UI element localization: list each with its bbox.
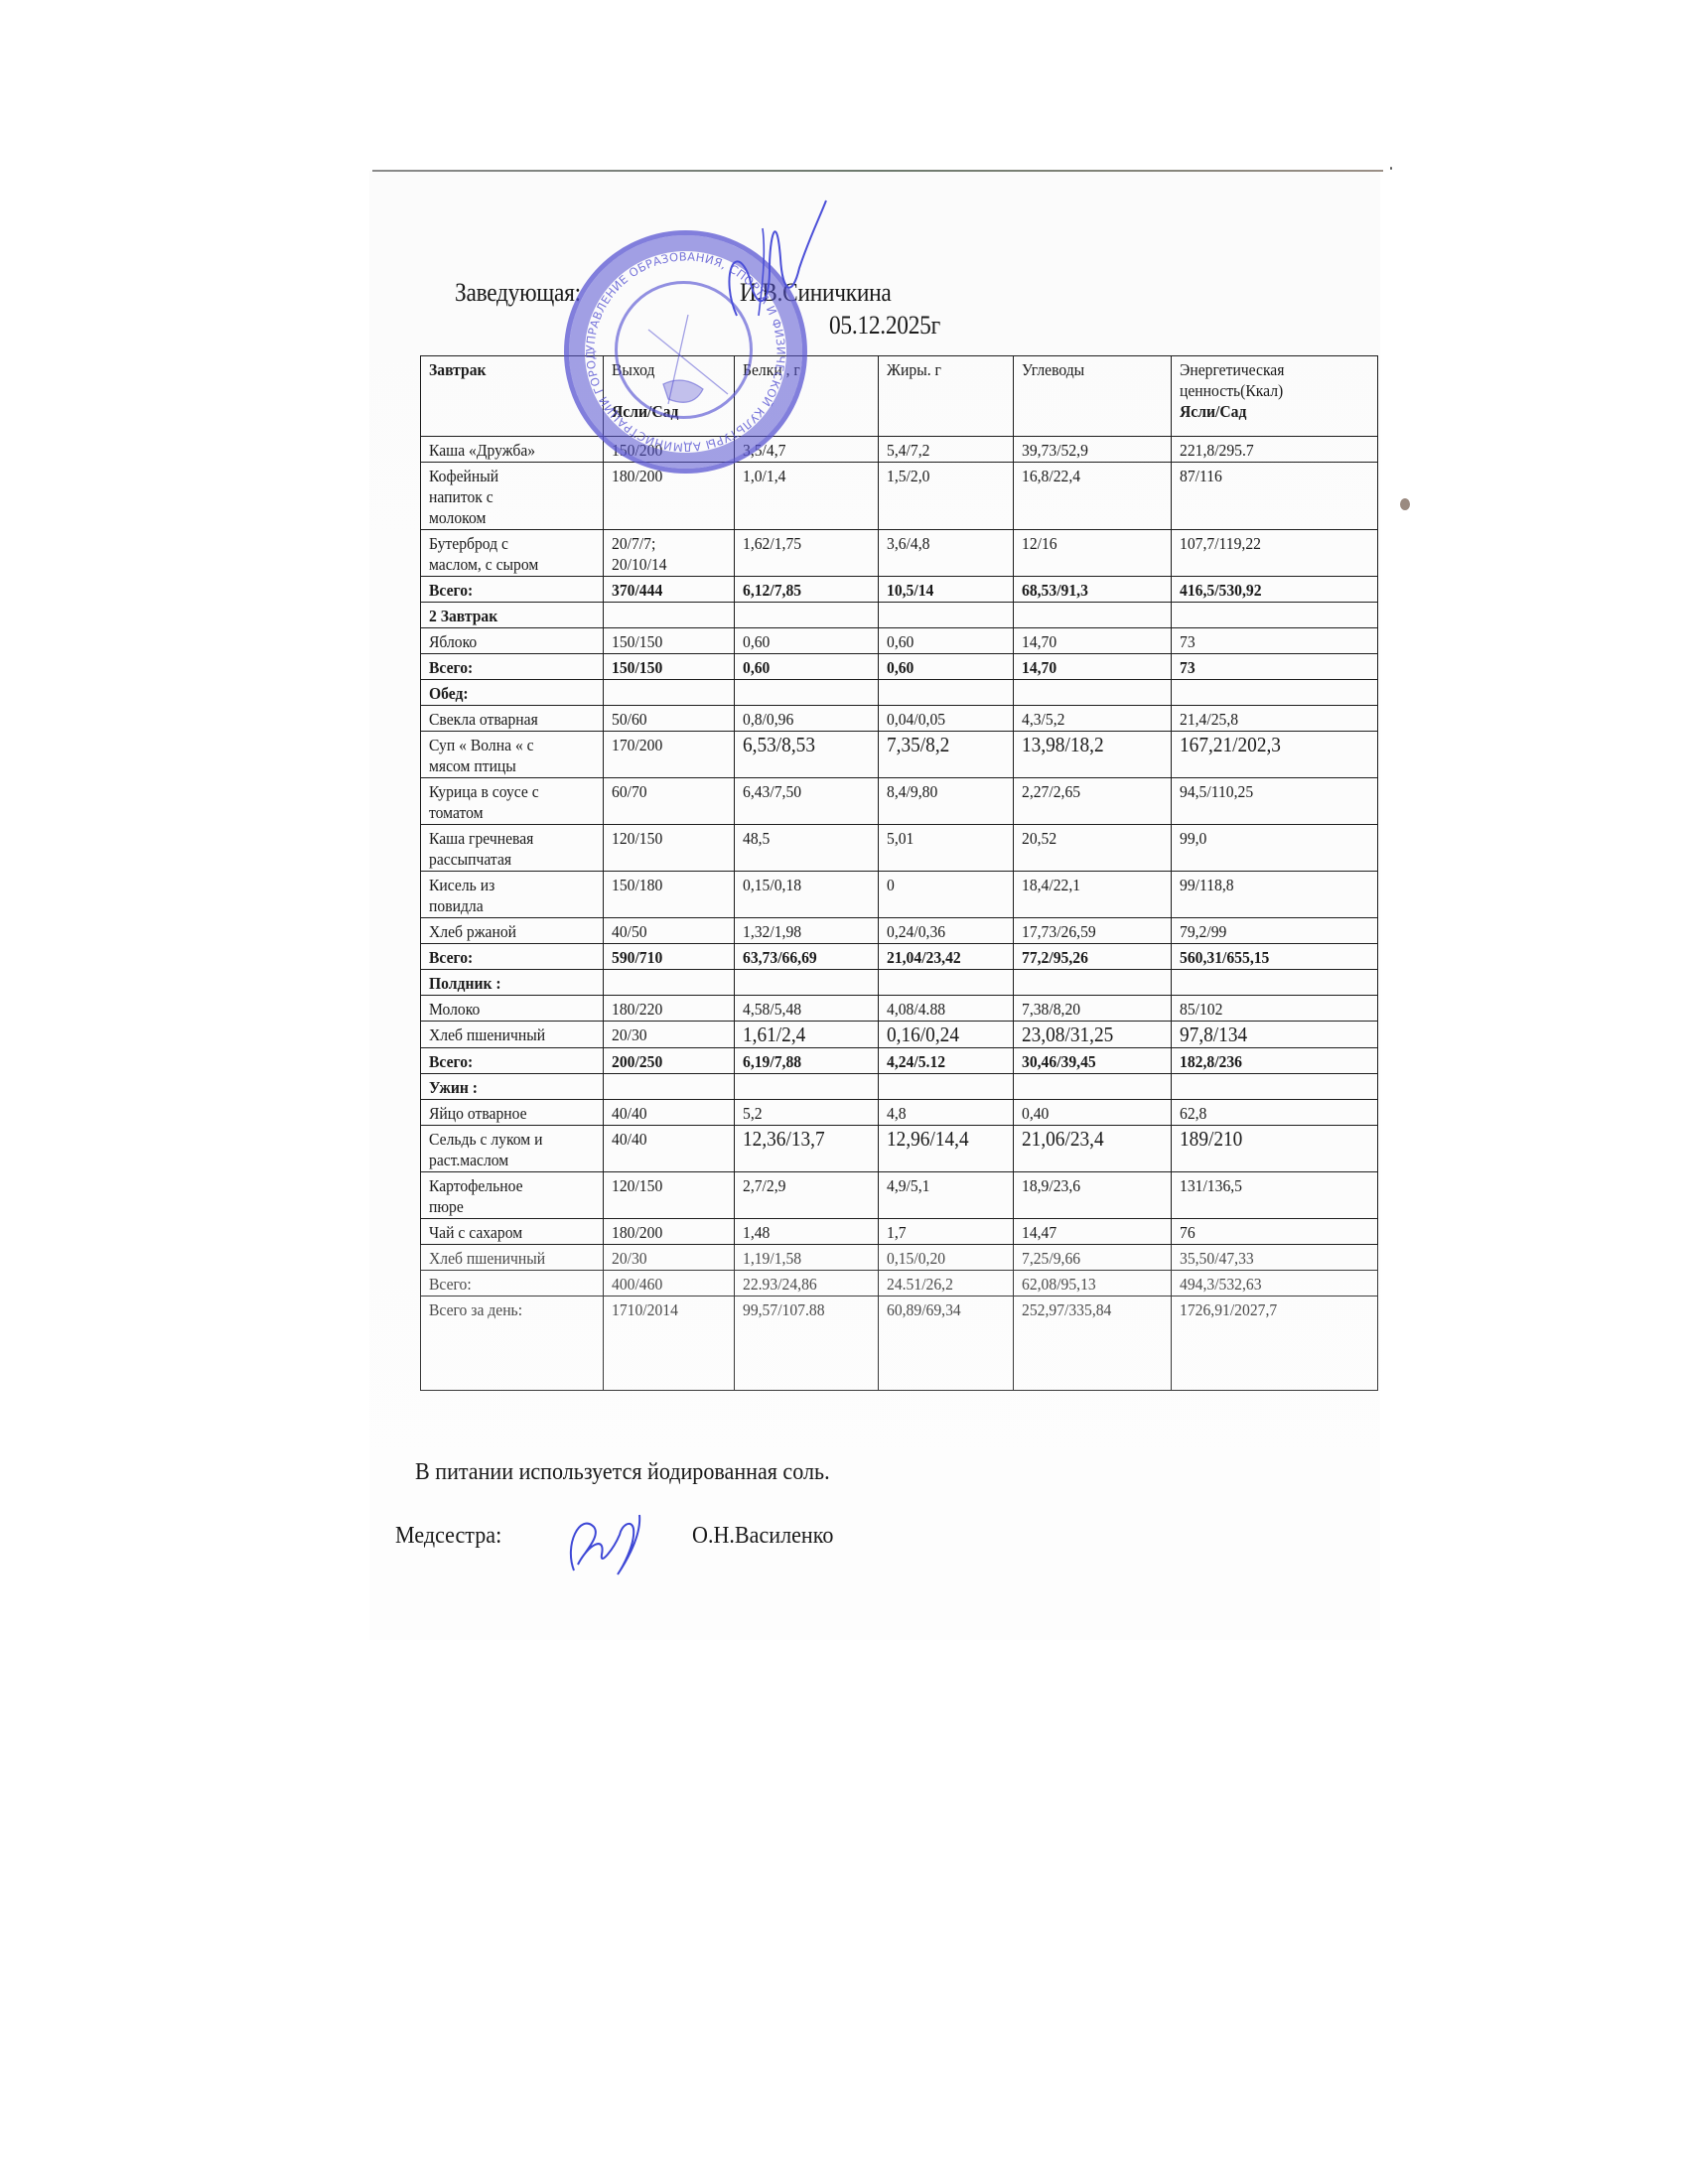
value-cell: 0,24/0,36 [878,918,1013,944]
value-cell: 20,52 [1013,825,1171,872]
cell-text: 97,8/134 [1180,1024,1247,1045]
total-row: Всего:370/4446,12/7,8510,5/1468,53/91,34… [421,577,1378,603]
cell-text: 60,89/69,34 [887,1299,961,1320]
cell-text: 7,35/8,2 [887,735,949,755]
cell-text: 5,01 [887,828,914,849]
value-cell: 24.51/26,2 [878,1271,1013,1297]
nutrition-table: Завтрак ВыходЯсли/Сад Белки , г Жиры. г … [420,355,1378,1391]
column-header-meal: Завтрак [421,356,604,437]
dish-name-cell: Кофейный напиток с молоком [421,463,604,530]
cell-text: Суп « Волна « с мясом птицы [429,735,534,776]
cell-text: 0 [887,875,895,895]
value-cell [604,603,735,628]
cell-text: 0,40 [1022,1103,1049,1124]
cell-text: 6,53/8,53 [743,735,815,755]
dish-name-cell: Всего: [421,1048,604,1074]
value-cell: 16,8/22,4 [1013,463,1171,530]
cell-text: Всего за день: [429,1299,522,1320]
cell-text: 150/150 [612,631,662,652]
table-row: Кофейный напиток с молоком180/2001,0/1,4… [421,463,1378,530]
value-cell: 4,08/4.88 [878,996,1013,1022]
value-cell: 48,5 [734,825,878,872]
dish-name-cell: Всего: [421,1271,604,1297]
section-row: 2 Завтрак [421,603,1378,628]
table-row: Картофельное пюре120/1502,7/2,94,9/5,118… [421,1172,1378,1219]
table-row: Хлеб ржаной40/501,32/1,980,24/0,3617,73/… [421,918,1378,944]
column-header-energy: Энергетическая ценность(Ккал)Ясли/Сад [1171,356,1377,437]
cell-text: 20,52 [1022,828,1056,849]
value-cell: 21,06/23,4 [1013,1126,1171,1172]
value-cell [734,970,878,996]
value-cell: 99/118,8 [1171,872,1377,918]
value-cell: 17,73/26,59 [1013,918,1171,944]
value-cell: 107,7/119,22 [1171,530,1377,577]
cell-text: 189/210 [1180,1129,1242,1150]
value-cell: 416,5/530,92 [1171,577,1377,603]
table-row: Каша гречневая рассыпчатая120/15048,55,0… [421,825,1378,872]
cell-text: 73 [1180,657,1196,678]
cell-text: 99,0 [1180,828,1206,849]
value-cell: 40/40 [604,1126,735,1172]
scan-speck [1400,498,1410,510]
value-cell: 85/102 [1171,996,1377,1022]
value-cell: 0,40 [1013,1100,1171,1126]
value-cell: 8,4/9,80 [878,778,1013,825]
dish-name-cell: Хлеб пшеничный [421,1245,604,1271]
cell-text: Всего: [429,657,473,678]
value-cell: 4,8 [878,1100,1013,1126]
value-cell: 167,21/202,3 [1171,732,1377,778]
cell-text: 150/150 [612,657,662,678]
cell-text: 14,70 [1022,631,1056,652]
value-cell: 2,7/2,9 [734,1172,878,1219]
cell-text: Яблоко [429,631,477,652]
value-cell: 0,16/0,24 [878,1022,1013,1048]
value-cell: 150/150 [604,628,735,654]
value-cell: 1,5/2,0 [878,463,1013,530]
value-cell: 10,5/14 [878,577,1013,603]
cell-text: 13,98/18,2 [1022,735,1104,755]
table-row: Молоко180/2204,58/5,484,08/4.887,38/8,20… [421,996,1378,1022]
value-cell: 120/150 [604,1172,735,1219]
value-cell [878,603,1013,628]
value-cell: 200/250 [604,1048,735,1074]
cell-text: 12/16 [1022,533,1057,554]
cell-text: 180/200 [612,466,662,486]
value-cell: 40/50 [604,918,735,944]
cell-text: 7,38/8,20 [1022,999,1080,1020]
value-cell [604,970,735,996]
value-cell: 1710/2014 [604,1297,735,1391]
dish-name-cell: Всего: [421,577,604,603]
value-cell: 2,27/2,65 [1013,778,1171,825]
cell-text: Всего: [429,1051,473,1072]
value-cell [1171,680,1377,706]
value-cell: 20/7/7; 20/10/14 [604,530,735,577]
cell-text: 200/250 [612,1051,662,1072]
cell-text: 17,73/26,59 [1022,921,1096,942]
cell-text: 182,8/236 [1180,1051,1242,1072]
value-cell: 150/180 [604,872,735,918]
value-cell: 62,8 [1171,1100,1377,1126]
value-cell: 221,8/295.7 [1171,437,1377,463]
cell-text: 18,9/23,6 [1022,1175,1080,1196]
value-cell [1171,970,1377,996]
cell-text: Бутерброд с маслом, с сыром [429,533,538,575]
column-header-protein: Белки , г [734,356,878,437]
value-cell: 99,0 [1171,825,1377,872]
dish-name-cell: Сельдь с луком и раст.маслом [421,1126,604,1172]
cell-text: 40/40 [612,1103,647,1124]
value-cell: 5,2 [734,1100,878,1126]
cell-text: 0,16/0,24 [887,1024,959,1045]
column-header-yield: ВыходЯсли/Сад [604,356,735,437]
cell-text: 4,58/5,48 [743,999,801,1020]
cell-text: 1710/2014 [612,1299,678,1320]
value-cell: 5,01 [878,825,1013,872]
cell-text: 1,48 [743,1222,770,1243]
cell-text: Всего: [429,947,473,968]
cell-text: 3,5/4,7 [743,440,785,461]
dish-name-cell: Молоко [421,996,604,1022]
dish-name-cell: Хлеб ржаной [421,918,604,944]
cell-text: 62,08/95,13 [1022,1274,1096,1295]
cell-text: 1,19/1,58 [743,1248,801,1269]
value-cell [1171,1074,1377,1100]
cell-text: 21,04/23,42 [887,947,961,968]
cell-text: 5,4/7,2 [887,440,929,461]
cell-text: 4,24/5.12 [887,1051,945,1072]
section-row: Обед: [421,680,1378,706]
cell-text: 8,4/9,80 [887,781,937,802]
table-row: Суп « Волна « с мясом птицы170/2006,53/8… [421,732,1378,778]
cell-text: 1,7 [887,1222,907,1243]
table-row: Яйцо отварное40/405,24,80,4062,8 [421,1100,1378,1126]
value-cell: 6,19/7,88 [734,1048,878,1074]
value-cell [878,680,1013,706]
value-cell: 6,53/8,53 [734,732,878,778]
cell-text: 87/116 [1180,466,1222,486]
cell-text: Ужин : [429,1077,478,1098]
cell-text: Полдник : [429,973,501,994]
cell-text: Хлеб ржаной [429,921,516,942]
cell-text: 150/200 [612,440,662,461]
cell-text: 60/70 [612,781,647,802]
section-row: Полдник : [421,970,1378,996]
value-cell: 73 [1171,654,1377,680]
value-cell [878,970,1013,996]
cell-text: 5,2 [743,1103,763,1124]
value-cell: 97,8/134 [1171,1022,1377,1048]
cell-text: 99/118,8 [1180,875,1234,895]
cell-text: 6,12/7,85 [743,580,801,601]
dish-name-cell: Суп « Волна « с мясом птицы [421,732,604,778]
dish-name-cell: Всего за день: [421,1297,604,1391]
cell-text: 21,4/25,8 [1180,709,1238,730]
cell-text: Кофейный напиток с молоком [429,466,498,528]
value-cell: 182,8/236 [1171,1048,1377,1074]
value-cell: 0,8/0,96 [734,706,878,732]
cell-text: 14,70 [1022,657,1056,678]
cell-text: 0,60 [887,631,914,652]
cell-text: 590/710 [612,947,662,968]
value-cell: 62,08/95,13 [1013,1271,1171,1297]
cell-text: 20/30 [612,1024,647,1045]
cell-text: 0,60 [887,657,914,678]
director-name: И.В.Синичкина [740,278,891,308]
cell-text: Свекла отварная [429,709,538,730]
dish-name-cell: Обед: [421,680,604,706]
cell-text: 35,50/47,33 [1180,1248,1254,1269]
value-cell: 0,60 [878,654,1013,680]
cell-text: 1726,91/2027,7 [1180,1299,1277,1320]
cell-text: 180/200 [612,1222,662,1243]
value-cell: 150/200 [604,437,735,463]
director-role-label: Заведующая: [455,278,581,308]
cell-text: 0,24/0,36 [887,921,945,942]
cell-text: 2,27/2,65 [1022,781,1080,802]
value-cell [1013,680,1171,706]
value-cell: 5,4/7,2 [878,437,1013,463]
value-cell: 63,73/66,69 [734,944,878,970]
dish-name-cell: Ужин : [421,1074,604,1100]
dish-name-cell: 2 Завтрак [421,603,604,628]
cell-text: 6,19/7,88 [743,1051,801,1072]
cell-text: Всего: [429,580,473,601]
dish-name-cell: Курица в соусе с томатом [421,778,604,825]
cell-text: 4,9/5,1 [887,1175,929,1196]
value-cell: 6,43/7,50 [734,778,878,825]
value-cell: 0,15/0,20 [878,1245,1013,1271]
cell-text: 20/30 [612,1248,647,1269]
value-cell: 50/60 [604,706,735,732]
value-cell: 400/460 [604,1271,735,1297]
value-cell [1013,1074,1171,1100]
cell-text: 1,5/2,0 [887,466,929,486]
cell-text: 0,8/0,96 [743,709,793,730]
cell-text: 120/150 [612,1175,662,1196]
value-cell: 370/444 [604,577,735,603]
value-cell: 99,57/107.88 [734,1297,878,1391]
table-row: Сельдь с луком и раст.маслом40/4012,36/1… [421,1126,1378,1172]
table-row: Кисель из повидла150/1800,15/0,18018,4/2… [421,872,1378,918]
cell-text: 99,57/107.88 [743,1299,825,1320]
cell-text: Хлеб пшеничный [429,1248,545,1269]
cell-text: Кисель из повидла [429,875,494,916]
cell-text: 94,5/110,25 [1180,781,1253,802]
value-cell: 3,6/4,8 [878,530,1013,577]
value-cell: 39,73/52,9 [1013,437,1171,463]
value-cell: 7,35/8,2 [878,732,1013,778]
cell-text: 30,46/39,45 [1022,1051,1096,1072]
value-cell: 79,2/99 [1171,918,1377,944]
value-cell: 20/30 [604,1022,735,1048]
dish-name-cell: Картофельное пюре [421,1172,604,1219]
value-cell: 150/150 [604,654,735,680]
value-cell: 180/200 [604,1219,735,1245]
cell-text: 370/444 [612,580,662,601]
value-cell: 12,96/14,4 [878,1126,1013,1172]
cell-text: 77,2/95,26 [1022,947,1088,968]
dish-name-cell: Кисель из повидла [421,872,604,918]
value-cell: 30,46/39,45 [1013,1048,1171,1074]
table-row: Каша «Дружба»150/2003,5/4,75,4/7,239,73/… [421,437,1378,463]
value-cell: 252,97/335,84 [1013,1297,1171,1391]
value-cell: 77,2/95,26 [1013,944,1171,970]
cell-text: 10,5/14 [887,580,933,601]
value-cell: 1,0/1,4 [734,463,878,530]
cell-text: 2,7/2,9 [743,1175,785,1196]
cell-text: 494,3/532,63 [1180,1274,1262,1295]
cell-text: 120/150 [612,828,662,849]
value-cell: 20/30 [604,1245,735,1271]
cell-text: 12,96/14,4 [887,1129,969,1150]
value-cell [1013,603,1171,628]
cell-text: 12,36/13,7 [743,1129,825,1150]
cell-text: Обед: [429,683,469,704]
cell-text: 221,8/295.7 [1180,440,1254,461]
value-cell: 21,4/25,8 [1171,706,1377,732]
cell-text: 85/102 [1180,999,1222,1020]
cell-text: 14,47 [1022,1222,1056,1243]
value-cell: 14,70 [1013,654,1171,680]
value-cell: 189/210 [1171,1126,1377,1172]
value-cell: 6,12/7,85 [734,577,878,603]
cell-text: 4,08/4.88 [887,999,945,1020]
cell-text: 23,08/31,25 [1022,1024,1113,1045]
table-row: Чай с сахаром180/2001,481,714,4776 [421,1219,1378,1245]
value-cell: 131/136,5 [1171,1172,1377,1219]
value-cell: 170/200 [604,732,735,778]
menu-date: 05.12.2025г [829,311,940,341]
value-cell: 87/116 [1171,463,1377,530]
value-cell: 7,25/9,66 [1013,1245,1171,1271]
dish-name-cell: Всего: [421,654,604,680]
cell-text: 3,6/4,8 [887,533,929,554]
cell-text: 73 [1180,631,1196,652]
nurse-name: О.Н.Василенко [692,1523,833,1550]
cell-text: 150/180 [612,875,662,895]
cell-text: 7,25/9,66 [1022,1248,1080,1269]
value-cell: 14,47 [1013,1219,1171,1245]
value-cell: 4,3/5,2 [1013,706,1171,732]
dish-name-cell: Яблоко [421,628,604,654]
cell-text: 131/136,5 [1180,1175,1242,1196]
value-cell: 0,60 [878,628,1013,654]
cell-text: Сельдь с луком и раст.маслом [429,1129,542,1170]
value-cell: 1,61/2,4 [734,1022,878,1048]
cell-text: 4,3/5,2 [1022,709,1064,730]
value-cell: 560,31/655,15 [1171,944,1377,970]
value-cell: 1726,91/2027,7 [1171,1297,1377,1391]
value-cell: 1,48 [734,1219,878,1245]
value-cell: 180/220 [604,996,735,1022]
dish-name-cell: Каша «Дружба» [421,437,604,463]
value-cell [1171,603,1377,628]
cell-text: 50/60 [612,709,647,730]
cell-text: 252,97/335,84 [1022,1299,1111,1320]
section-row: Ужин : [421,1074,1378,1100]
value-cell: 7,38/8,20 [1013,996,1171,1022]
value-cell: 3,5/4,7 [734,437,878,463]
cell-text: 0,15/0,18 [743,875,801,895]
cell-text: 416,5/530,92 [1180,580,1262,601]
cell-text: 1,0/1,4 [743,466,785,486]
cell-text: 180/220 [612,999,662,1020]
value-cell: 1,7 [878,1219,1013,1245]
value-cell: 120/150 [604,825,735,872]
value-cell: 60/70 [604,778,735,825]
value-cell: 40/40 [604,1100,735,1126]
value-cell [878,1074,1013,1100]
cell-text: 0,04/0,05 [887,709,945,730]
value-cell [734,603,878,628]
value-cell: 12/16 [1013,530,1171,577]
value-cell [604,1074,735,1100]
cell-text: 400/460 [612,1274,662,1295]
scan-speck [1390,167,1392,170]
cell-text: 63,73/66,69 [743,947,817,968]
value-cell: 94,5/110,25 [1171,778,1377,825]
value-cell: 23,08/31,25 [1013,1022,1171,1048]
cell-text: Молоко [429,999,480,1020]
cell-text: Каша «Дружба» [429,440,535,461]
cell-text: 4,8 [887,1103,907,1124]
table-row: Хлеб пшеничный20/301,19/1,580,15/0,207,2… [421,1245,1378,1271]
cell-text: 79,2/99 [1180,921,1226,942]
value-cell: 12,36/13,7 [734,1126,878,1172]
value-cell: 1,62/1,75 [734,530,878,577]
value-cell [1013,970,1171,996]
table-row: Яблоко150/1500,600,6014,7073 [421,628,1378,654]
total-row: Всего:590/71063,73/66,6921,04/23,4277,2/… [421,944,1378,970]
value-cell: 1,19/1,58 [734,1245,878,1271]
cell-text: 21,06/23,4 [1022,1129,1104,1150]
cell-text: 0,60 [743,657,770,678]
value-cell: 4,24/5.12 [878,1048,1013,1074]
cell-text: 167,21/202,3 [1180,735,1281,755]
cell-text: Каша гречневая рассыпчатая [429,828,533,870]
value-cell: 14,70 [1013,628,1171,654]
value-cell: 76 [1171,1219,1377,1245]
table-header-row: Завтрак ВыходЯсли/Сад Белки , г Жиры. г … [421,356,1378,437]
dish-name-cell: Свекла отварная [421,706,604,732]
dish-name-cell: Всего: [421,944,604,970]
cell-text: 22.93/24,86 [743,1274,817,1295]
page-top-rule [372,170,1383,172]
dish-name-cell: Каша гречневая рассыпчатая [421,825,604,872]
cell-text: Хлеб пшеничный [429,1024,545,1045]
value-cell: 13,98/18,2 [1013,732,1171,778]
cell-text: 0,60 [743,631,770,652]
cell-text: 48,5 [743,828,770,849]
value-cell [734,680,878,706]
total-row: Всего:150/1500,600,6014,7073 [421,654,1378,680]
cell-text: Яйцо отварное [429,1103,527,1124]
cell-text: Курица в соусе с томатом [429,781,539,823]
value-cell: 4,9/5,1 [878,1172,1013,1219]
value-cell [734,1074,878,1100]
cell-text: 39,73/52,9 [1022,440,1088,461]
dish-name-cell: Полдник : [421,970,604,996]
value-cell: 18,4/22,1 [1013,872,1171,918]
table-row: Курица в соусе с томатом60/706,43/7,508,… [421,778,1378,825]
value-cell: 0,60 [734,628,878,654]
value-cell: 68,53/91,3 [1013,577,1171,603]
value-cell: 35,50/47,33 [1171,1245,1377,1271]
cell-text: 1,61/2,4 [743,1024,805,1045]
value-cell [604,680,735,706]
